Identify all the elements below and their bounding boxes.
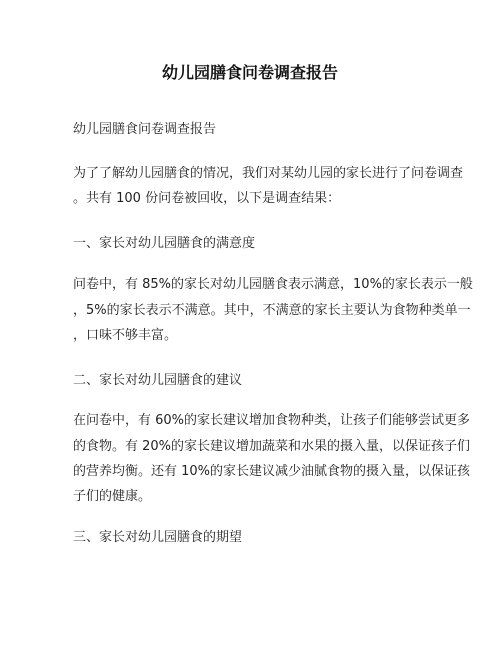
intro-line-1: 为了了解幼儿园膳食的情况，我们对某幼儿园的家长进行了问卷调查 (73, 165, 463, 183)
section-2-line-1: 在问卷中，有 60%的家长建议增加食物种类，让孩子们能够尝试更多 (73, 412, 470, 430)
section-2-line-3: 的营养均衡。还有 10%的家长建议减少油腻食物的摄入量，以保证孩 (73, 463, 470, 481)
section-1-heading: 一、家长对幼儿园膳食的满意度 (73, 235, 255, 253)
intro-line-2: 。共有 100 份问卷被回收，以下是调查结果： (73, 190, 340, 208)
section-2-line-2: 的食物。有 20%的家长建议增加蔬菜和水果的摄入量，以保证孩子们 (73, 438, 470, 456)
section-2-line-4: 子们的健康。 (73, 488, 151, 506)
section-1-line-2: ，5%的家长表示不满意。其中，不满意的家长主要认为食物种类单一 (73, 302, 471, 320)
section-1-line-3: ，口味不够丰富。 (73, 327, 177, 345)
document-page: 幼儿园膳食问卷调查报告 幼儿园膳食问卷调查报告 为了了解幼儿园膳食的情况，我们对… (0, 0, 500, 647)
section-3-heading: 三、家长对幼儿园膳食的期望 (73, 529, 242, 547)
document-subtitle: 幼儿园膳食问卷调查报告 (73, 121, 216, 139)
section-1-line-1: 问卷中，有 85%的家长对幼儿园膳食表示满意，10%的家长表示一般 (73, 276, 473, 294)
document-title: 幼儿园膳食问卷调查报告 (0, 62, 500, 84)
section-2-heading: 二、家长对幼儿园膳食的建议 (73, 372, 242, 390)
